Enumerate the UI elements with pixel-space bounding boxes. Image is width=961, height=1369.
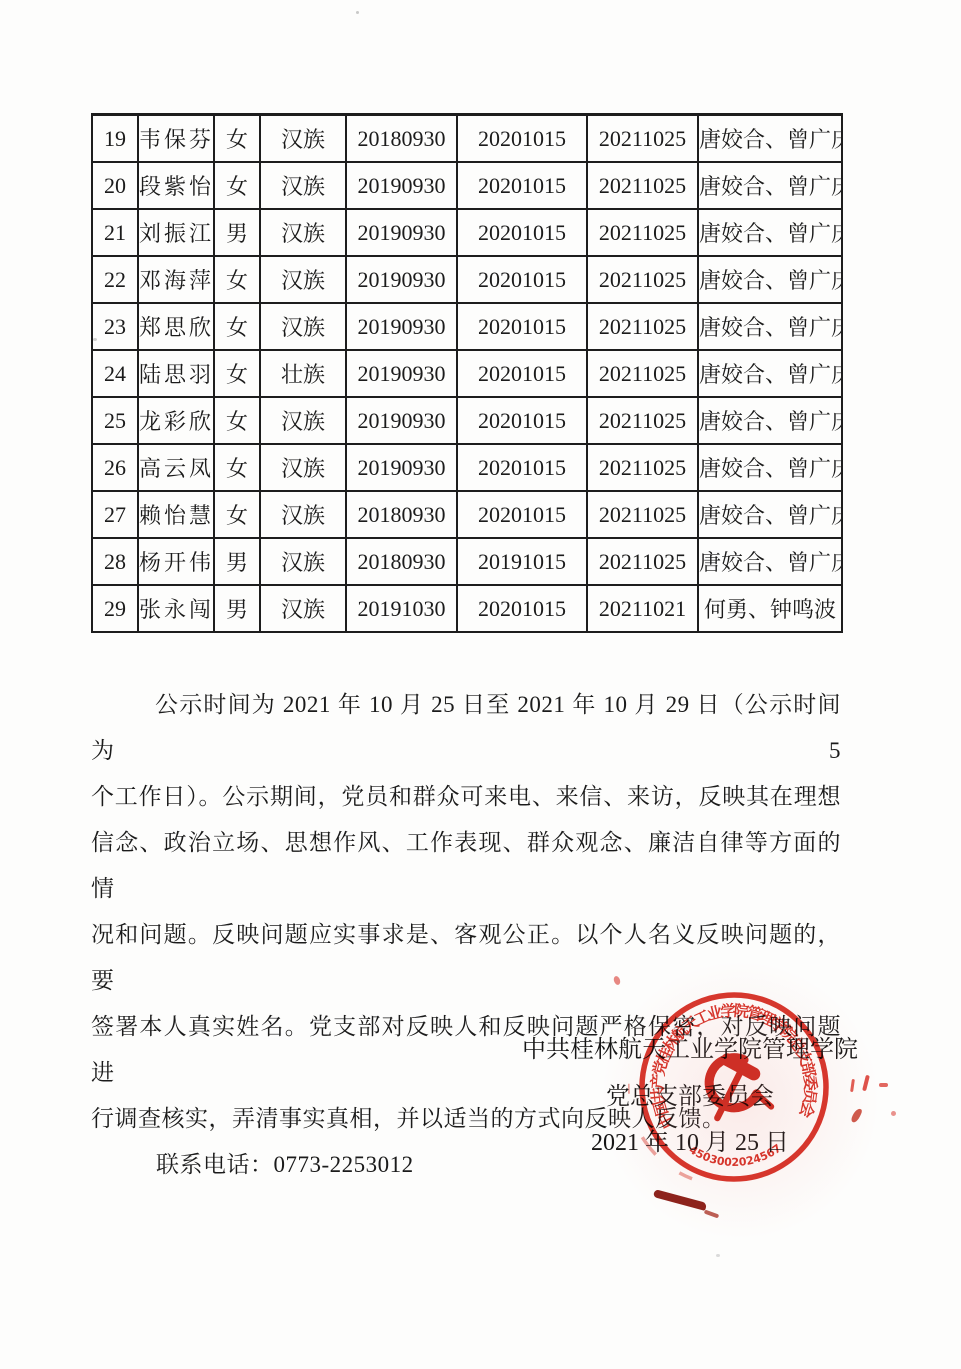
cell-ethnicity: 汉族	[260, 256, 346, 303]
cell-gender: 女	[214, 491, 260, 538]
cell-no: 26	[92, 444, 138, 491]
cell-date1: 20190930	[346, 256, 457, 303]
cell-date3: 20211025	[587, 538, 698, 585]
cell-ethnicity: 汉族	[260, 303, 346, 350]
cell-no: 24	[92, 350, 138, 397]
table-row: 24 陆思羽 女 壮族 20190930 20201015 20211025 唐…	[92, 350, 842, 397]
cell-introducers: 唐姣合、曾广庆	[698, 491, 842, 538]
hammer-and-sickle-icon	[704, 1051, 771, 1120]
cell-gender: 女	[214, 444, 260, 491]
cell-gender: 男	[214, 538, 260, 585]
table-row: 19 韦保芬 女 汉族 20180930 20201015 20211025 唐…	[92, 115, 842, 163]
cell-name: 韦保芬	[138, 115, 214, 163]
cell-date2: 20201015	[457, 209, 587, 256]
cell-date1: 20180930	[346, 115, 457, 163]
notice-line: 公示时间为 2021 年 10 月 25 日至 2021 年 10 月 29 日…	[91, 682, 841, 774]
cell-date2: 20201015	[457, 397, 587, 444]
cell-introducers: 唐姣合、曾广庆	[698, 162, 842, 209]
cell-no: 25	[92, 397, 138, 444]
table-row: 27 赖怡慧 女 汉族 20180930 20201015 20211025 唐…	[92, 491, 842, 538]
cell-date1: 20190930	[346, 209, 457, 256]
cell-date2: 20201015	[457, 115, 587, 163]
cell-date2: 20201015	[457, 303, 587, 350]
cell-introducers: 唐姣合、曾广庆	[698, 209, 842, 256]
cell-name: 刘振江	[138, 209, 214, 256]
cell-date3: 20211025	[587, 115, 698, 163]
cell-date2: 20191015	[457, 538, 587, 585]
cell-no: 21	[92, 209, 138, 256]
cell-date1: 20190930	[346, 397, 457, 444]
red-ink-smudge	[704, 1210, 719, 1219]
cell-name: 赖怡慧	[138, 491, 214, 538]
cell-ethnicity: 汉族	[260, 115, 346, 163]
cell-gender: 男	[214, 585, 260, 632]
cell-date3: 20211025	[587, 444, 698, 491]
notice-line: 个工作日）。公示期间，党员和群众可来电、来信、来访，反映其在理想	[91, 774, 841, 820]
cell-name: 高云凤	[138, 444, 214, 491]
cell-date1: 20190930	[346, 444, 457, 491]
cell-date1: 20191030	[346, 585, 457, 632]
cell-name: 陆思羽	[138, 350, 214, 397]
cell-introducers: 唐姣合、曾广庆	[698, 256, 842, 303]
cell-introducers: 何勇、钟鸣波	[698, 585, 842, 632]
cell-date3: 20211025	[587, 209, 698, 256]
cell-gender: 女	[214, 303, 260, 350]
cell-no: 27	[92, 491, 138, 538]
cell-no: 23	[92, 303, 138, 350]
cell-gender: 女	[214, 162, 260, 209]
table-row: 25 龙彩欣 女 汉族 20190930 20201015 20211025 唐…	[92, 397, 842, 444]
cell-introducers: 唐姣合、曾广庆	[698, 397, 842, 444]
cell-gender: 男	[214, 209, 260, 256]
cell-ethnicity: 汉族	[260, 491, 346, 538]
notice-line: 信念、政治立场、思想作风、工作表现、群众观念、廉洁自律等方面的情	[91, 820, 841, 912]
cell-date2: 20201015	[457, 256, 587, 303]
cell-name: 杨开伟	[138, 538, 214, 585]
scan-speck	[356, 11, 359, 14]
cell-introducers: 唐姣合、曾广庆	[698, 115, 842, 163]
cell-date3: 20211025	[587, 491, 698, 538]
cell-no: 28	[92, 538, 138, 585]
scanned-document-page: 19 韦保芬 女 汉族 20180930 20201015 20211025 唐…	[0, 0, 961, 1369]
cell-introducers: 唐姣合、曾广庆	[698, 303, 842, 350]
cell-date1: 20190930	[346, 162, 457, 209]
cell-date1: 20180930	[346, 491, 457, 538]
table-row: 28 杨开伟 男 汉族 20180930 20191015 20211025 唐…	[92, 538, 842, 585]
cell-name: 张永闯	[138, 585, 214, 632]
cell-date3: 20211025	[587, 256, 698, 303]
cell-date3: 20211025	[587, 350, 698, 397]
scan-speck	[716, 1254, 720, 1257]
cell-no: 22	[92, 256, 138, 303]
cell-ethnicity: 汉族	[260, 397, 346, 444]
table-row: 20 段紫怡 女 汉族 20190930 20201015 20211025 唐…	[92, 162, 842, 209]
cell-date1: 20180930	[346, 538, 457, 585]
cell-date3: 20211025	[587, 397, 698, 444]
table-row: 21 刘振江 男 汉族 20190930 20201015 20211025 唐…	[92, 209, 842, 256]
cell-date2: 20201015	[457, 444, 587, 491]
table-row: 26 高云凤 女 汉族 20190930 20201015 20211025 唐…	[92, 444, 842, 491]
cell-introducers: 唐姣合、曾广庆	[698, 350, 842, 397]
cell-introducers: 唐姣合、曾广庆	[698, 538, 842, 585]
cell-date2: 20201015	[457, 350, 587, 397]
cell-name: 邓海萍	[138, 256, 214, 303]
cell-date2: 20201015	[457, 585, 587, 632]
roster-table: 19 韦保芬 女 汉族 20180930 20201015 20211025 唐…	[91, 113, 843, 633]
cell-name: 龙彩欣	[138, 397, 214, 444]
cell-name: 段紫怡	[138, 162, 214, 209]
cell-introducers: 唐姣合、曾广庆	[698, 444, 842, 491]
cell-date2: 20201015	[457, 162, 587, 209]
seal-code-text: 4503002024567	[686, 1137, 785, 1173]
table-row: 23 郑思欣 女 汉族 20190930 20201015 20211025 唐…	[92, 303, 842, 350]
cell-ethnicity: 汉族	[260, 585, 346, 632]
table-row: 29 张永闯 男 汉族 20191030 20201015 20211021 何…	[92, 585, 842, 632]
cell-date1: 20190930	[346, 303, 457, 350]
cell-ethnicity: 壮族	[260, 350, 346, 397]
cell-date1: 20190930	[346, 350, 457, 397]
cell-ethnicity: 汉族	[260, 162, 346, 209]
cell-date3: 20211025	[587, 162, 698, 209]
cell-ethnicity: 汉族	[260, 209, 346, 256]
cell-name: 郑思欣	[138, 303, 214, 350]
cell-date3: 20211025	[587, 303, 698, 350]
cell-date3: 20211021	[587, 585, 698, 632]
official-seal-stamp: 中国共产党桂林航天工业学院管理学院总支部委员会 4503002024567	[628, 983, 840, 1195]
cell-gender: 女	[214, 256, 260, 303]
cell-gender: 女	[214, 397, 260, 444]
cell-ethnicity: 汉族	[260, 444, 346, 491]
cell-no: 19	[92, 115, 138, 163]
cell-ethnicity: 汉族	[260, 538, 346, 585]
cell-no: 20	[92, 162, 138, 209]
table-row: 22 邓海萍 女 汉族 20190930 20201015 20211025 唐…	[92, 256, 842, 303]
cell-gender: 女	[214, 350, 260, 397]
cell-no: 29	[92, 585, 138, 632]
cell-date2: 20201015	[457, 491, 587, 538]
cell-gender: 女	[214, 115, 260, 163]
